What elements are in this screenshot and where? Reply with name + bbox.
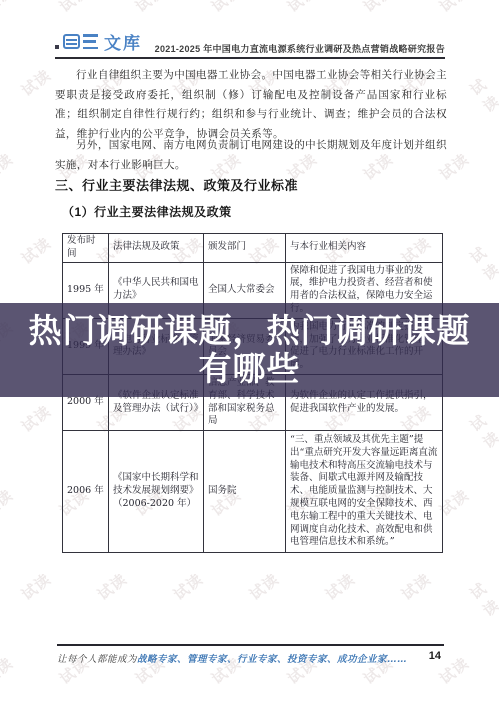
page-number: 14 — [429, 650, 441, 662]
col-header-issuer: 颁发部门 — [204, 234, 286, 263]
cell-law: 《国家中长期科学和技术发展规划纲要》（2006-2020 年） — [109, 431, 204, 553]
col-header-law: 法律法规及政策 — [109, 234, 204, 263]
table-row: 2006 年 《国家中长期科学和技术发展规划纲要》（2006-2020 年） 国… — [63, 431, 443, 553]
footer-slogan-highlight: 战略专家、管理专家、行业专家、投资专家、成功企业家…… — [137, 654, 407, 665]
hot-topic-overlay-banner: 热门调研课题，热门调研课题 有哪些 — [0, 303, 499, 397]
site-logo: 文库 — [55, 29, 142, 54]
sub-heading: （1）行业主要法律法规及政策 — [62, 203, 232, 220]
section-heading: 三、行业主要法律法规、政策及行业标准 — [55, 175, 298, 194]
report-title: 2021-2025 年中国电力直流电源系统行业调研及热点营销战略研究报告 — [155, 42, 445, 55]
logo-dot-icon — [55, 45, 59, 49]
overlay-title-line1: 热门调研课题，热门调研课题 — [29, 312, 471, 350]
footer-slogan-prefix: 让每个人都能成为 — [57, 654, 137, 665]
header-divider — [55, 57, 445, 59]
footer-divider — [57, 644, 444, 646]
col-header-date: 发布时间 — [63, 234, 109, 263]
cell-date: 2006 年 — [63, 431, 109, 553]
body-paragraph-1: 行业自律组织主要为中国电器工业协会。中国电器工业协会等相关行业协会主要职责是接受… — [55, 66, 447, 144]
overlay-title-line2: 有哪些 — [199, 350, 301, 388]
footer-slogan: 让每个人都能成为战略专家、管理专家、行业专家、投资专家、成功企业家…… — [57, 651, 407, 665]
logo-bars-icon — [83, 34, 98, 49]
logo-e-box-icon — [63, 34, 80, 49]
table-header-row: 发布时间 法律法规及政策 颁发部门 与本行业相关内容 — [63, 234, 443, 263]
logo-text: 文库 — [104, 29, 142, 54]
cell-issuer: 国务院 — [204, 431, 286, 553]
body-paragraph-2: 另外，国家电网、南方电网负责制订电网建设的中长期规划及年度计划并组织实施，对本行… — [55, 136, 447, 175]
cell-relevance: “三、重点领域及其优先主题”提出“重点研究开发大容量远距离直流输电技术和特高压交… — [286, 431, 443, 553]
col-header-relevance: 与本行业相关内容 — [286, 234, 443, 263]
